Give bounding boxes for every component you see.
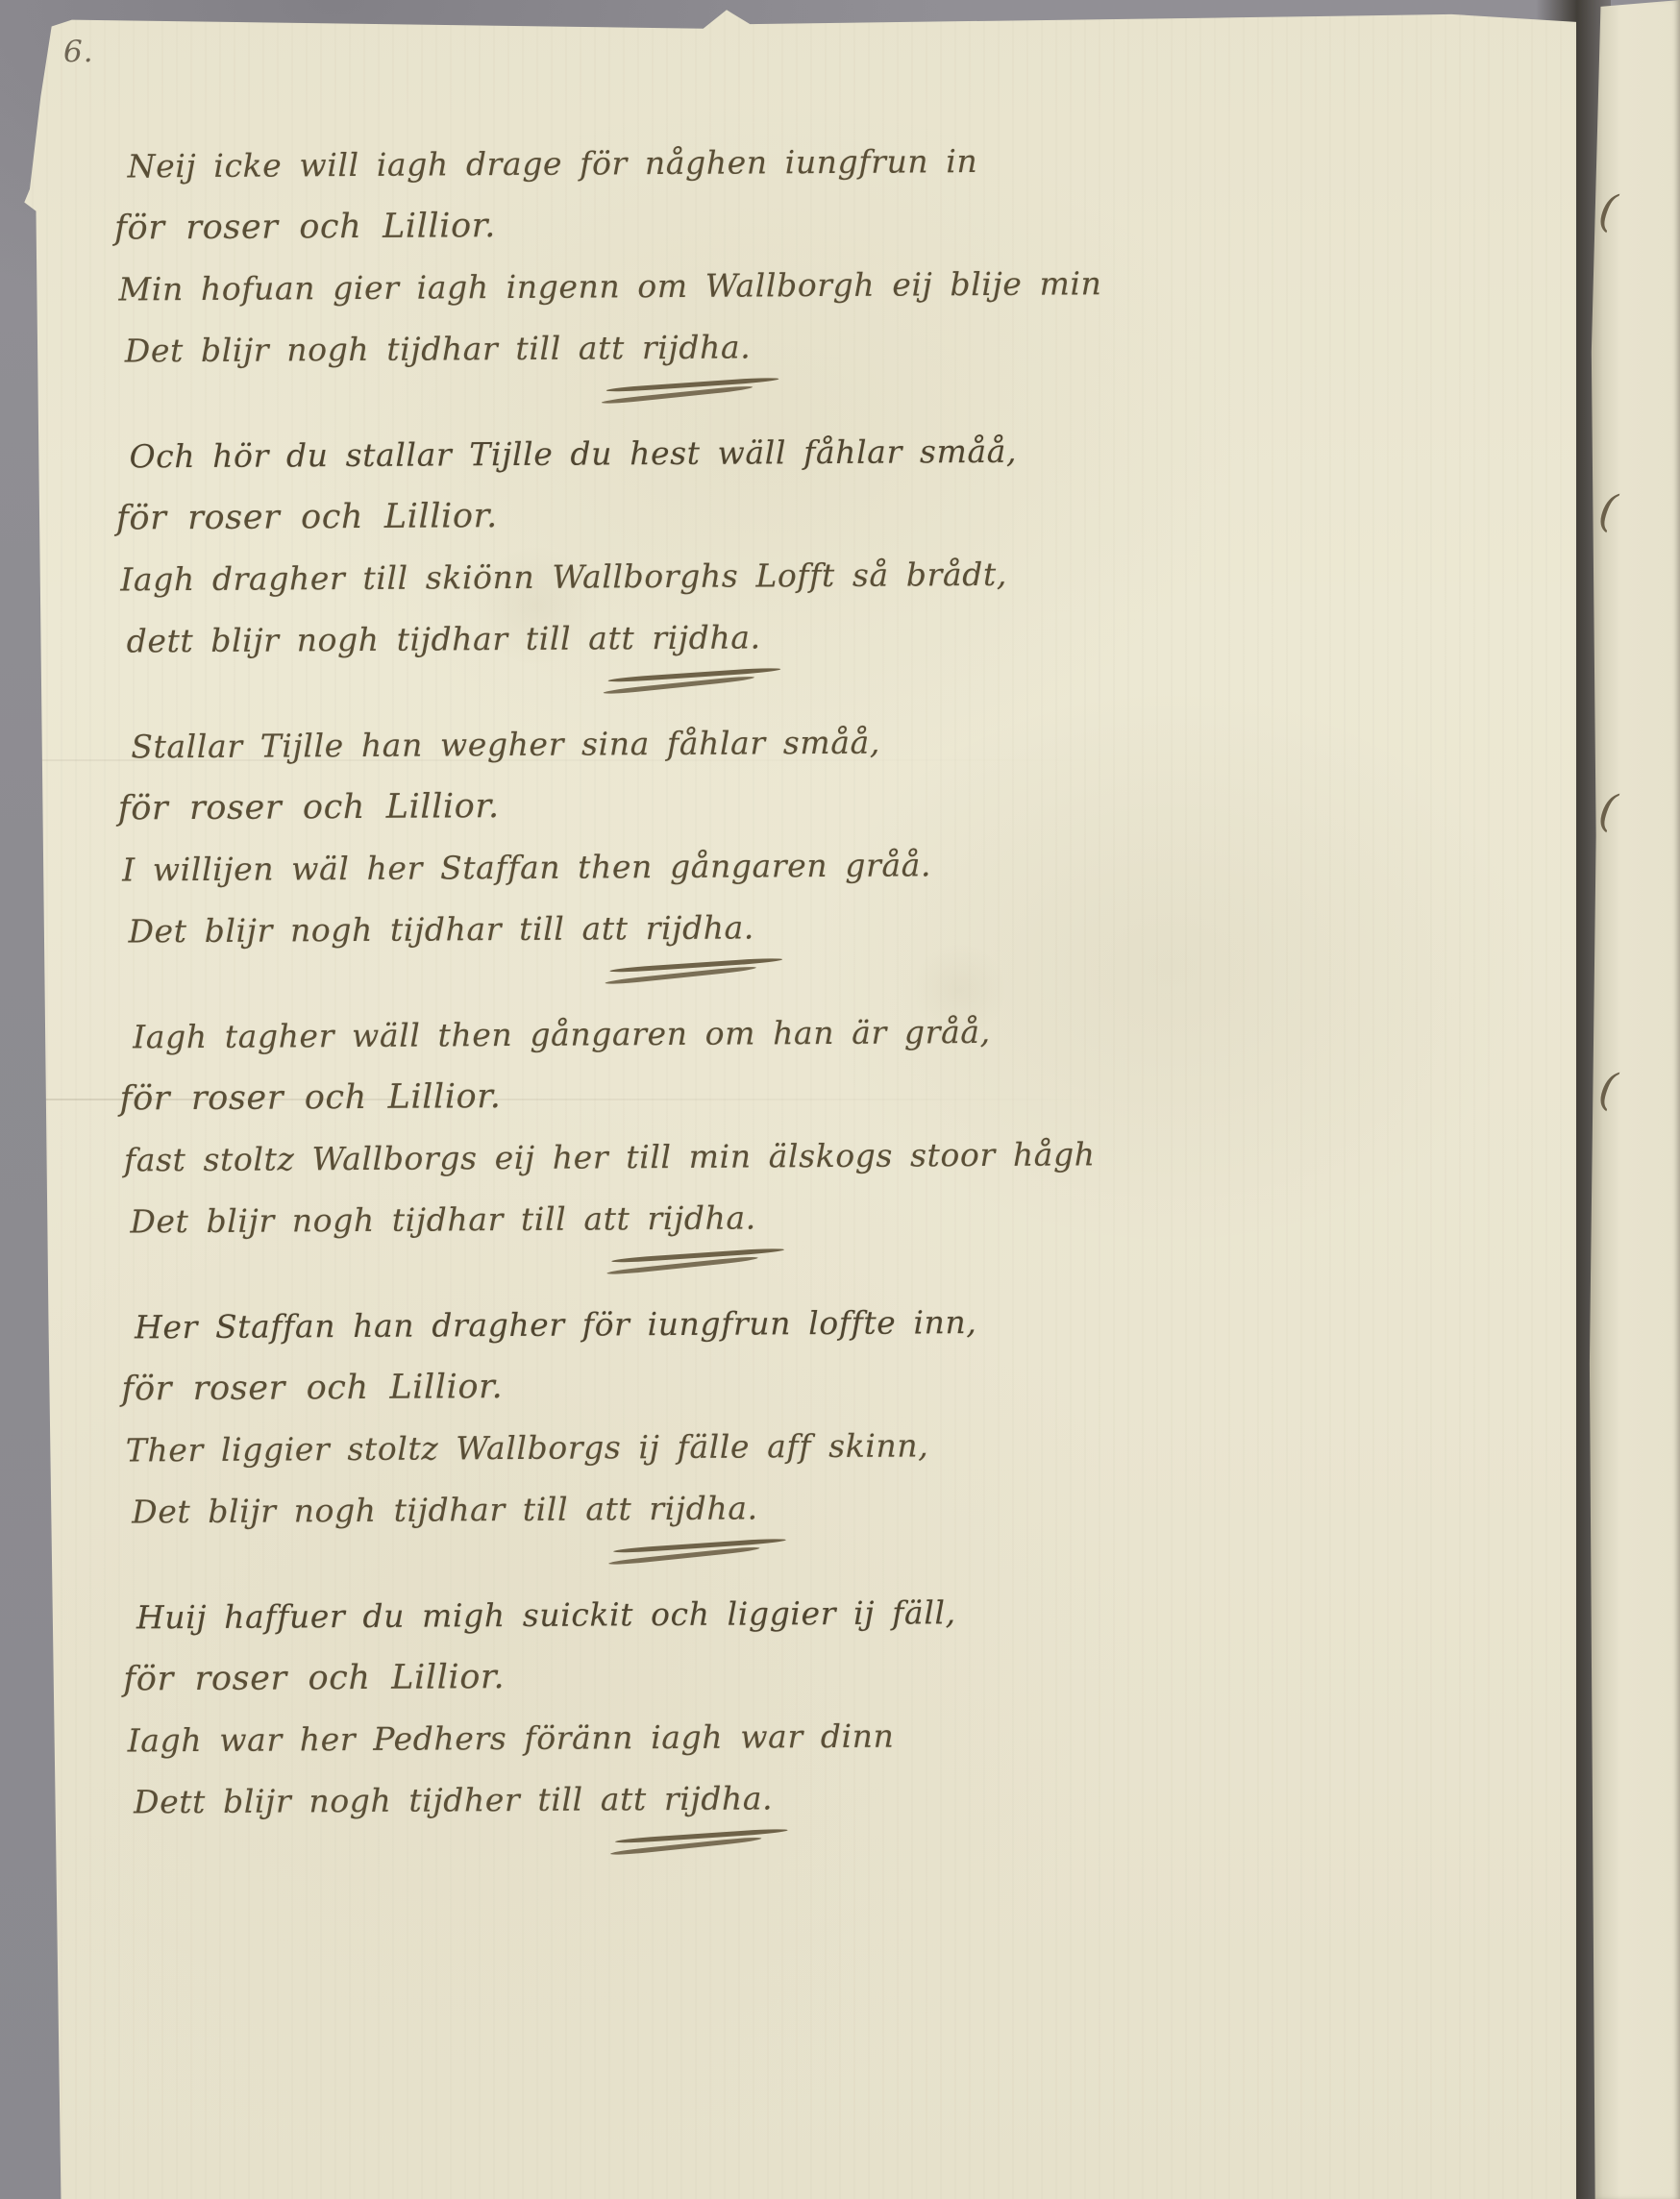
- verse-line: I willijen wäl her Staffan then gångaren…: [122, 832, 1223, 901]
- refrain-line: för roser och Lillior.: [119, 1061, 1224, 1129]
- stanza-3: Stallar Tijlle han wegher sina fåhlar sm…: [117, 709, 1224, 983]
- manuscript-page: 6. Neij icke will iagh drage för någhen …: [17, 0, 1576, 2199]
- stanza-1: Neij icke will iagh drage för någhen iun…: [113, 130, 1221, 404]
- verse-line: Iagh war her Pedhers föränn iagh war din…: [127, 1703, 1228, 1771]
- stanza-4: Iagh tagher wäll then gångaren om han är…: [119, 1000, 1226, 1273]
- refrain-line: Dett blijr nogh tijdher till att rijdha.: [134, 1765, 1229, 1833]
- refrain-line: för roser och Lillior.: [118, 771, 1223, 839]
- stanza-6: Huij haffuer du migh suickit och liggier…: [123, 1580, 1230, 1854]
- verse-line: Her Staffan han dragher för iungfrun lof…: [135, 1290, 1226, 1358]
- refrain-line: Det blijr nogh tijdhar till att rijdha.: [130, 1184, 1225, 1252]
- refrain-line: Det blijr nogh tijdhar till att rijdha.: [132, 1474, 1227, 1543]
- document-scan: { "page": { "number_label": "6." }, "sta…: [0, 0, 1680, 2199]
- verse-line: Och hör du stallar Tijlle du hest wäll f…: [129, 419, 1221, 487]
- verse-line: Stallar Tijlle han wegher sina fåhlar sm…: [131, 709, 1223, 778]
- peeking-pen-stroke: (: [1596, 187, 1619, 234]
- refrain-line: för roser och Lillior.: [121, 1351, 1226, 1420]
- ballad-text-block: Neij icke will iagh drage för någhen iun…: [113, 130, 1229, 1878]
- peeking-pen-stroke: (: [1596, 1066, 1619, 1112]
- verse-line: Ther liggier stoltz Wallborgs ij fälle a…: [126, 1413, 1227, 1481]
- stanza-5: Her Staffan han dragher för iungfrun lof…: [121, 1290, 1228, 1564]
- verse-line: Neij icke will iagh drage för någhen iun…: [127, 130, 1219, 198]
- refrain-line: Det blijr nogh tijdhar till att rijdha.: [125, 314, 1221, 383]
- verse-line: Iagh dragher till skiönn Wallborghs Loff…: [120, 542, 1222, 610]
- adjacent-page-edge: ( ( ( (: [1588, 0, 1680, 2199]
- refrain-line: för roser och Lillior.: [114, 191, 1220, 259]
- page-number: 6.: [63, 35, 94, 69]
- verse-line: Min hofuan gier iagh ingenn om Wallborgh…: [118, 253, 1220, 321]
- verse-line: Iagh tagher wäll then gångaren om han är…: [133, 1000, 1224, 1068]
- peeking-pen-stroke: (: [1596, 787, 1619, 833]
- verse-line: Huij haffuer du migh suickit och liggier…: [136, 1580, 1228, 1648]
- refrain-line: för roser och Lillior.: [116, 481, 1222, 549]
- refrain-line: dett blijr nogh tijdhar till att rijdha.: [126, 604, 1222, 672]
- stanza-2: Och hör du stallar Tijlle du hest wäll f…: [115, 419, 1223, 693]
- verse-line: fast stoltz Wallborgs eij her till min ä…: [124, 1123, 1225, 1191]
- refrain-line: för roser och Lillior.: [123, 1642, 1228, 1710]
- refrain-line: Det blijr nogh tijdhar till att rijdha.: [128, 894, 1223, 962]
- peeking-pen-stroke: (: [1596, 487, 1619, 533]
